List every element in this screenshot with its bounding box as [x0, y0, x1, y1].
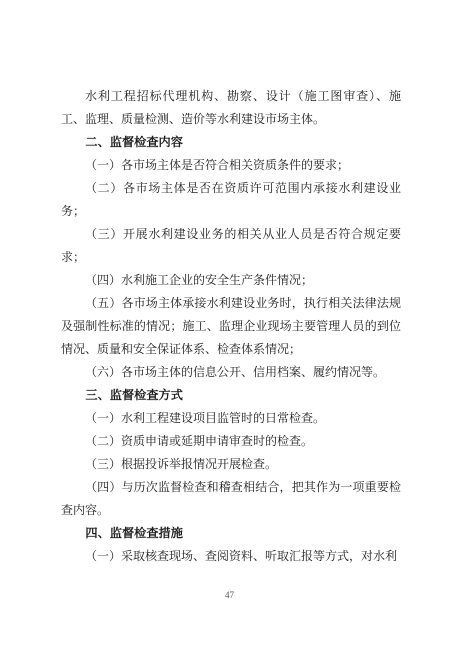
paragraph: （一）各市场主体是否符合相关资质条件的要求；	[61, 154, 401, 177]
paragraph: 四、监督检查措施	[61, 522, 401, 545]
paragraph: （一）水利工程建设项目监管时的日常检查。	[61, 407, 401, 430]
paragraph: （四）与历次监督检查和稽查相结合，把其作为一项重要检查内容。	[61, 476, 401, 522]
paragraph: 三、监督检查方式	[61, 384, 401, 407]
paragraph: （三）开展水利建设业务的相关从业人员是否符合规定要求；	[61, 223, 401, 269]
page-number: 47	[0, 590, 459, 600]
paragraph: （二）各市场主体是否在资质许可范围内承接水利建设业务；	[61, 177, 401, 223]
document-page: 水利工程招标代理机构、勘察、设计（施工图审查）、施工、监理、质量检测、造价等水利…	[0, 0, 459, 650]
paragraph: （一）采取核查现场、查阅资料、听取汇报等方式，对水利	[61, 545, 401, 568]
paragraph: 水利工程招标代理机构、勘察、设计（施工图审查）、施工、监理、质量检测、造价等水利…	[61, 85, 401, 131]
paragraph: （三）根据投诉举报情况开展检查。	[61, 453, 401, 476]
paragraph: （二）资质申请或延期申请审查时的检查。	[61, 430, 401, 453]
paragraph: （五）各市场主体承接水利建设业务时，执行相关法律法规及强制性标准的情况；施工、监…	[61, 292, 401, 361]
paragraph: （六）各市场主体的信息公开、信用档案、履约情况等。	[61, 361, 401, 384]
paragraph: 二、监督检查内容	[61, 131, 401, 154]
paragraph: （四）水利施工企业的安全生产条件情况；	[61, 269, 401, 292]
document-body: 水利工程招标代理机构、勘察、设计（施工图审查）、施工、监理、质量检测、造价等水利…	[61, 85, 401, 568]
